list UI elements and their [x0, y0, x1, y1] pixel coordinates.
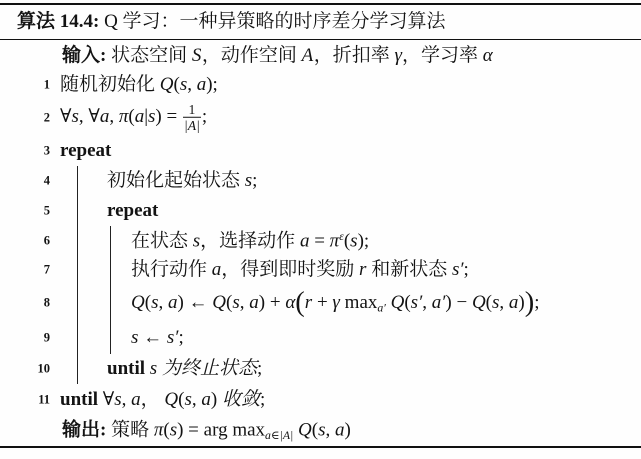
algorithm-body: 输入: 状态空间 S，动作空间 A，折扣率 γ，学习率 α1随机初始化 Q(s,… — [0, 41, 641, 446]
outer-block-rule — [77, 354, 78, 384]
line-content: until ∀s, a， Q(s, a) 收敛; — [60, 389, 265, 411]
line-content: 输入: 状态空间 S，动作空间 A，折扣率 γ，学习率 α — [62, 45, 493, 67]
algo-line-7: 7执行动作 a，得到即时奖励 r 和新状态 s′; — [0, 255, 641, 285]
line-number: 1 — [0, 78, 50, 93]
line-content: repeat — [107, 200, 158, 222]
algo-line-5: 5repeat — [0, 196, 641, 226]
line-number: 11 — [0, 393, 50, 408]
output-line: 输出: 策略 π(s) = arg maxa∈|A| Q(s, a) — [0, 416, 641, 446]
line-number: 7 — [0, 263, 50, 278]
fraction: 1|A| — [182, 101, 202, 133]
title-separator-rule — [0, 39, 641, 40]
line-content: repeat — [60, 140, 111, 162]
inner-block-rule — [110, 285, 111, 321]
algo-line-4: 4初始化起始状态 s; — [0, 166, 641, 196]
line-content: Q(s, a) ← Q(s, a) + α(r + γ maxa′ Q(s′, … — [131, 290, 540, 316]
inner-block-rule — [110, 226, 111, 255]
line-content: 在状态 s，选择动作 a = πε(s); — [131, 229, 369, 251]
line-number: 4 — [0, 174, 50, 189]
algo-line-2: 2∀s, ∀a, π(a|s) = 1|A|; — [0, 100, 641, 135]
line-content: until s 为终止状态; — [107, 358, 262, 380]
line-content: 初始化起始状态 s; — [107, 170, 257, 192]
algo-line-1: 1随机初始化 Q(s, a); — [0, 70, 641, 100]
algo-line-9: 9s ← s′; — [0, 321, 641, 354]
line-content: ∀s, ∀a, π(a|s) = 1|A|; — [60, 101, 207, 133]
line-number: 2 — [0, 110, 50, 125]
line-number: 6 — [0, 233, 50, 248]
line-number: 9 — [0, 330, 50, 345]
outer-block-rule — [77, 226, 78, 255]
algo-line-3: 3repeat — [0, 135, 641, 166]
line-content: 输出: 策略 π(s) = arg maxa∈|A| Q(s, a) — [62, 419, 351, 442]
line-number: 3 — [0, 143, 50, 158]
algorithm-box: 算法 14.4: Q 学习：一种异策略的时序差分学习算法 输入: 状态空间 S，… — [0, 0, 641, 459]
bottom-rule — [0, 446, 641, 448]
algorithm-title: 算法 14.4: Q 学习：一种异策略的时序差分学习算法 — [0, 5, 641, 39]
algo-line-8: 8Q(s, a) ← Q(s, a) + α(r + γ maxa′ Q(s′,… — [0, 285, 641, 321]
line-content: 执行动作 a，得到即时奖励 r 和新状态 s′; — [131, 259, 469, 281]
line-content: 随机初始化 Q(s, a); — [60, 74, 218, 96]
inner-block-rule — [110, 255, 111, 285]
line-number: 8 — [0, 296, 50, 311]
line-content: s ← s′; — [131, 327, 184, 349]
outer-block-rule — [77, 255, 78, 285]
outer-block-rule — [77, 285, 78, 321]
algo-line-10: 10until s 为终止状态; — [0, 354, 641, 384]
algo-line-11: 11until ∀s, a， Q(s, a) 收敛; — [0, 384, 641, 416]
line-number: 5 — [0, 204, 50, 219]
algo-line-6: 6在状态 s，选择动作 a = πε(s); — [0, 226, 641, 255]
inner-block-rule — [110, 321, 111, 354]
outer-block-rule — [77, 196, 78, 226]
outer-block-rule — [77, 321, 78, 354]
outer-block-rule — [77, 166, 78, 196]
line-number: 10 — [0, 362, 50, 377]
input-line: 输入: 状态空间 S，动作空间 A，折扣率 γ，学习率 α — [0, 41, 641, 70]
